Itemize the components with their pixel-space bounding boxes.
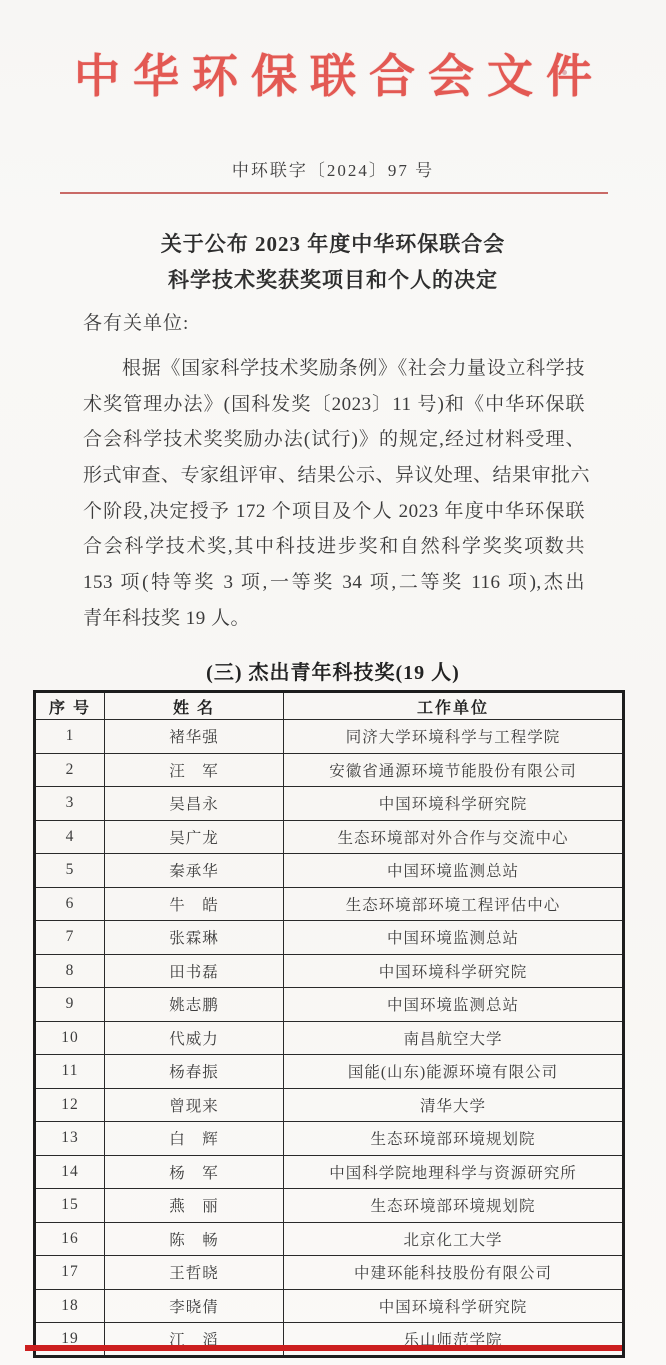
table-row: 13 白 辉 生态环境部环境规划院 bbox=[35, 1122, 624, 1156]
cell-work-unit: 北京化工大学 bbox=[284, 1222, 624, 1256]
award-table-body: 1 褚华强 同济大学环境科学与工程学院 2 汪 军 安徽省通源环境节能股份有限公… bbox=[35, 720, 624, 1357]
cell-work-unit: 中建环能科技股份有限公司 bbox=[284, 1256, 624, 1290]
table-row: 8 田书磊 中国环境科学研究院 bbox=[35, 954, 624, 988]
cell-person-name: 王哲晓 bbox=[105, 1256, 284, 1290]
body-line: 青年科技奖 19 人。 bbox=[83, 601, 585, 637]
cell-serial-number: 10 bbox=[35, 1021, 105, 1055]
cell-work-unit: 生态环境部环境规划院 bbox=[284, 1122, 624, 1156]
body-line: 合会科学技术奖奖励办法(试行)》的规定,经过材料受理、 bbox=[83, 422, 585, 458]
cell-person-name: 代威力 bbox=[105, 1021, 284, 1055]
cell-work-unit: 中国科学院地理科学与资源研究所 bbox=[284, 1155, 624, 1189]
cell-serial-number: 9 bbox=[35, 988, 105, 1022]
cell-serial-number: 15 bbox=[35, 1189, 105, 1223]
table-row: 11 杨春振 国能(山东)能源环境有限公司 bbox=[35, 1055, 624, 1089]
cell-work-unit: 同济大学环境科学与工程学院 bbox=[284, 720, 624, 754]
cell-work-unit: 中国环境监测总站 bbox=[284, 921, 624, 955]
document-title-line-1: 关于公布 2023 年度中华环保联合会 bbox=[0, 226, 666, 262]
cell-person-name: 牛 皓 bbox=[105, 887, 284, 921]
cell-serial-number: 4 bbox=[35, 820, 105, 854]
cell-work-unit: 生态环境部环境工程评估中心 bbox=[284, 887, 624, 921]
table-row: 10 代威力 南昌航空大学 bbox=[35, 1021, 624, 1055]
cell-work-unit: 中国环境科学研究院 bbox=[284, 787, 624, 821]
cell-serial-number: 16 bbox=[35, 1222, 105, 1256]
section-caption: (三) 杰出青年科技奖(19 人) bbox=[0, 656, 666, 685]
body-line: 术奖管理办法》(国科发奖〔2023〕11 号)和《中华环保联 bbox=[83, 387, 585, 423]
cell-work-unit: 中国环境科学研究院 bbox=[284, 1289, 624, 1323]
cell-person-name: 白 辉 bbox=[105, 1122, 284, 1156]
table-row: 4 吴广龙 生态环境部对外合作与交流中心 bbox=[35, 820, 624, 854]
table-header-row: 序 号 姓 名 工作单位 bbox=[35, 692, 624, 720]
column-header-org: 工作单位 bbox=[284, 692, 624, 720]
table-row: 12 曾现来 清华大学 bbox=[35, 1088, 624, 1122]
cell-work-unit: 生态环境部对外合作与交流中心 bbox=[284, 820, 624, 854]
column-header-name: 姓 名 bbox=[105, 692, 284, 720]
cell-person-name: 燕 丽 bbox=[105, 1189, 284, 1223]
table-row: 16 陈 畅 北京化工大学 bbox=[35, 1222, 624, 1256]
cell-serial-number: 11 bbox=[35, 1055, 105, 1089]
cell-work-unit: 南昌航空大学 bbox=[284, 1021, 624, 1055]
cell-serial-number: 14 bbox=[35, 1155, 105, 1189]
cell-serial-number: 8 bbox=[35, 954, 105, 988]
table-row: 7 张霖琳 中国环境监测总站 bbox=[35, 921, 624, 955]
cell-person-name: 杨 军 bbox=[105, 1155, 284, 1189]
body-line: 形式审查、专家组评审、结果公示、异议处理、结果审批六 bbox=[83, 458, 585, 494]
cell-serial-number: 3 bbox=[35, 787, 105, 821]
cell-work-unit: 中国环境科学研究院 bbox=[284, 954, 624, 988]
cell-person-name: 汪 军 bbox=[105, 753, 284, 787]
body-paragraph: 根据《国家科学技术奖励条例》《社会力量设立科学技 术奖管理办法》(国科发奖〔20… bbox=[83, 351, 585, 637]
body-line: 合会科学技术奖,其中科技进步奖和自然科学奖奖项数共 bbox=[83, 529, 585, 565]
cell-work-unit: 清华大学 bbox=[284, 1088, 624, 1122]
table-row: 14 杨 军 中国科学院地理科学与资源研究所 bbox=[35, 1155, 624, 1189]
cell-person-name: 姚志鹏 bbox=[105, 988, 284, 1022]
table-row: 18 李晓倩 中国环境科学研究院 bbox=[35, 1289, 624, 1323]
cell-serial-number: 6 bbox=[35, 887, 105, 921]
header-red-rule bbox=[60, 192, 608, 194]
cell-person-name: 张霖琳 bbox=[105, 921, 284, 955]
scanned-official-document: 中华环保联合会文件 中环联字〔2024〕97 号 关于公布 2023 年度中华环… bbox=[0, 0, 666, 1365]
cell-work-unit: 国能(山东)能源环境有限公司 bbox=[284, 1055, 624, 1089]
cell-work-unit: 中国环境监测总站 bbox=[284, 988, 624, 1022]
cell-person-name: 田书磊 bbox=[105, 954, 284, 988]
table-row: 17 王哲晓 中建环能科技股份有限公司 bbox=[35, 1256, 624, 1290]
cell-serial-number: 12 bbox=[35, 1088, 105, 1122]
scan-artifact-speck bbox=[562, 70, 567, 75]
cell-person-name: 曾现来 bbox=[105, 1088, 284, 1122]
body-line: 根据《国家科学技术奖励条例》《社会力量设立科学技 bbox=[83, 351, 585, 387]
cell-work-unit: 生态环境部环境规划院 bbox=[284, 1189, 624, 1223]
award-winners-table: 序 号 姓 名 工作单位 1 褚华强 同济大学环境科学与工程学院 2 汪 军 安… bbox=[33, 690, 625, 1358]
document-title: 关于公布 2023 年度中华环保联合会 科学技术奖获奖项目和个人的决定 bbox=[0, 226, 666, 298]
table-row: 6 牛 皓 生态环境部环境工程评估中心 bbox=[35, 887, 624, 921]
cell-serial-number: 13 bbox=[35, 1122, 105, 1156]
table-row: 2 汪 军 安徽省通源环境节能股份有限公司 bbox=[35, 753, 624, 787]
cell-person-name: 陈 畅 bbox=[105, 1222, 284, 1256]
table-row: 5 秦承华 中国环境监测总站 bbox=[35, 854, 624, 888]
table-row: 15 燕 丽 生态环境部环境规划院 bbox=[35, 1189, 624, 1223]
cell-work-unit: 安徽省通源环境节能股份有限公司 bbox=[284, 753, 624, 787]
cell-person-name: 李晓倩 bbox=[105, 1289, 284, 1323]
cell-serial-number: 2 bbox=[35, 753, 105, 787]
cell-person-name: 秦承华 bbox=[105, 854, 284, 888]
body-line: 153 项(特等奖 3 项,一等奖 34 项,二等奖 116 项),杰出 bbox=[83, 565, 585, 601]
red-annotation-underline bbox=[25, 1345, 622, 1351]
cell-person-name: 吴广龙 bbox=[105, 820, 284, 854]
cell-serial-number: 5 bbox=[35, 854, 105, 888]
cell-serial-number: 18 bbox=[35, 1289, 105, 1323]
document-title-line-2: 科学技术奖获奖项目和个人的决定 bbox=[0, 262, 666, 298]
body-line: 个阶段,决定授予 172 个项目及个人 2023 年度中华环保联 bbox=[83, 494, 585, 530]
cell-person-name: 褚华强 bbox=[105, 720, 284, 754]
cell-person-name: 吴昌永 bbox=[105, 787, 284, 821]
table-row: 9 姚志鹏 中国环境监测总站 bbox=[35, 988, 624, 1022]
cell-serial-number: 1 bbox=[35, 720, 105, 754]
table-row: 3 吴昌永 中国环境科学研究院 bbox=[35, 787, 624, 821]
cell-person-name: 杨春振 bbox=[105, 1055, 284, 1089]
cell-work-unit: 中国环境监测总站 bbox=[284, 854, 624, 888]
salutation: 各有关单位: bbox=[83, 308, 189, 335]
column-header-no: 序 号 bbox=[35, 692, 105, 720]
table-row: 1 褚华强 同济大学环境科学与工程学院 bbox=[35, 720, 624, 754]
document-number: 中环联字〔2024〕97 号 bbox=[0, 156, 666, 181]
cell-serial-number: 7 bbox=[35, 921, 105, 955]
cell-serial-number: 17 bbox=[35, 1256, 105, 1290]
